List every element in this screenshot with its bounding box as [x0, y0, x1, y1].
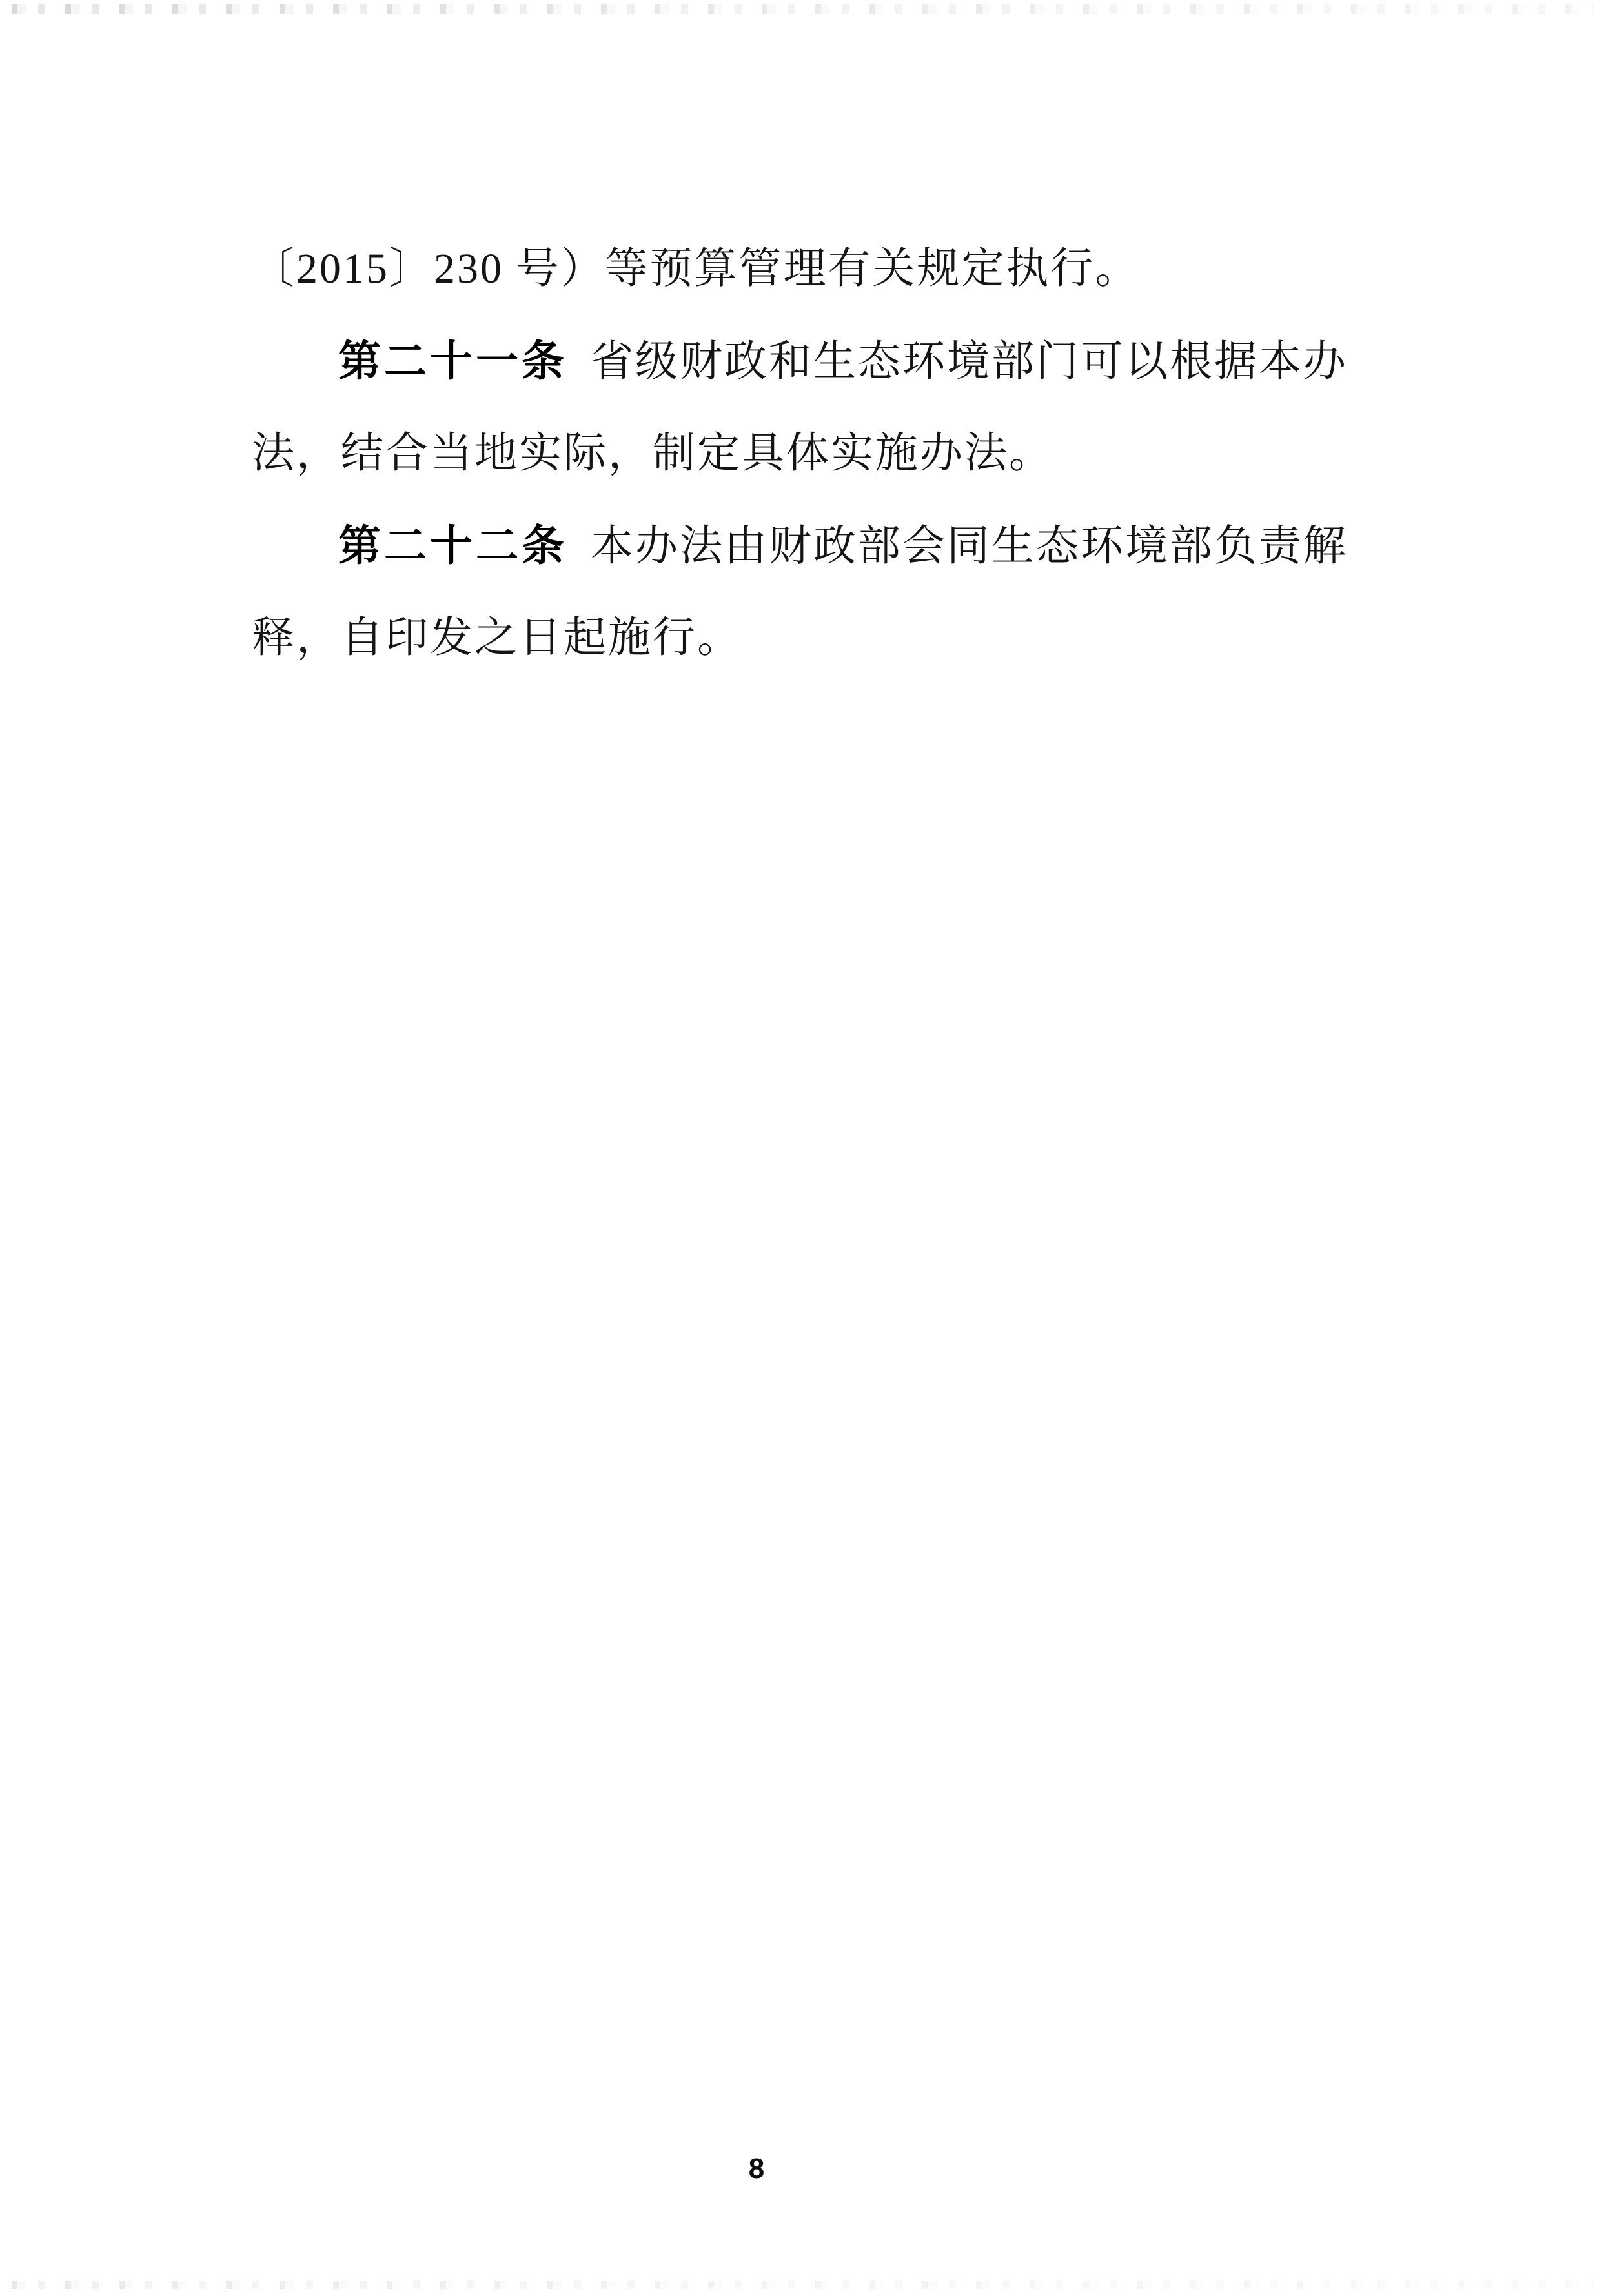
line-text: 省级财政和生态环境部门可以根据本办: [591, 338, 1348, 385]
line-text: 法，结合当地实际，制定具体实施办法。: [252, 430, 1053, 477]
text-line: 释，自印发之日起施行。: [252, 592, 1349, 684]
article-number: 第二十二条: [338, 521, 567, 569]
line-text: 本办法由财政部会同生态环境部负责解: [591, 523, 1348, 570]
text-line: 第二十二条本办法由财政部会同生态环境部负责解: [252, 499, 1349, 592]
line-text: 〔2015〕230 号）等预算管理有关规定执行。: [252, 245, 1140, 292]
scan-artifact-bottom: [12, 2281, 1594, 2289]
document-body: 〔2015〕230 号）等预算管理有关规定执行。 第二十一条省级财政和生态环境部…: [252, 223, 1349, 684]
text-line: 〔2015〕230 号）等预算管理有关规定执行。: [252, 223, 1349, 315]
text-line: 法，结合当地实际，制定具体实施办法。: [252, 407, 1349, 499]
article-number: 第二十一条: [338, 337, 567, 385]
line-text: 释，自印发之日起施行。: [252, 614, 742, 661]
page-number: 8: [0, 2153, 1513, 2185]
scan-artifact-top: [12, 4, 1594, 14]
document-page: 〔2015〕230 号）等预算管理有关规定执行。 第二十一条省级财政和生态环境部…: [0, 0, 1606, 2296]
text-line: 第二十一条省级财政和生态环境部门可以根据本办: [252, 315, 1349, 407]
